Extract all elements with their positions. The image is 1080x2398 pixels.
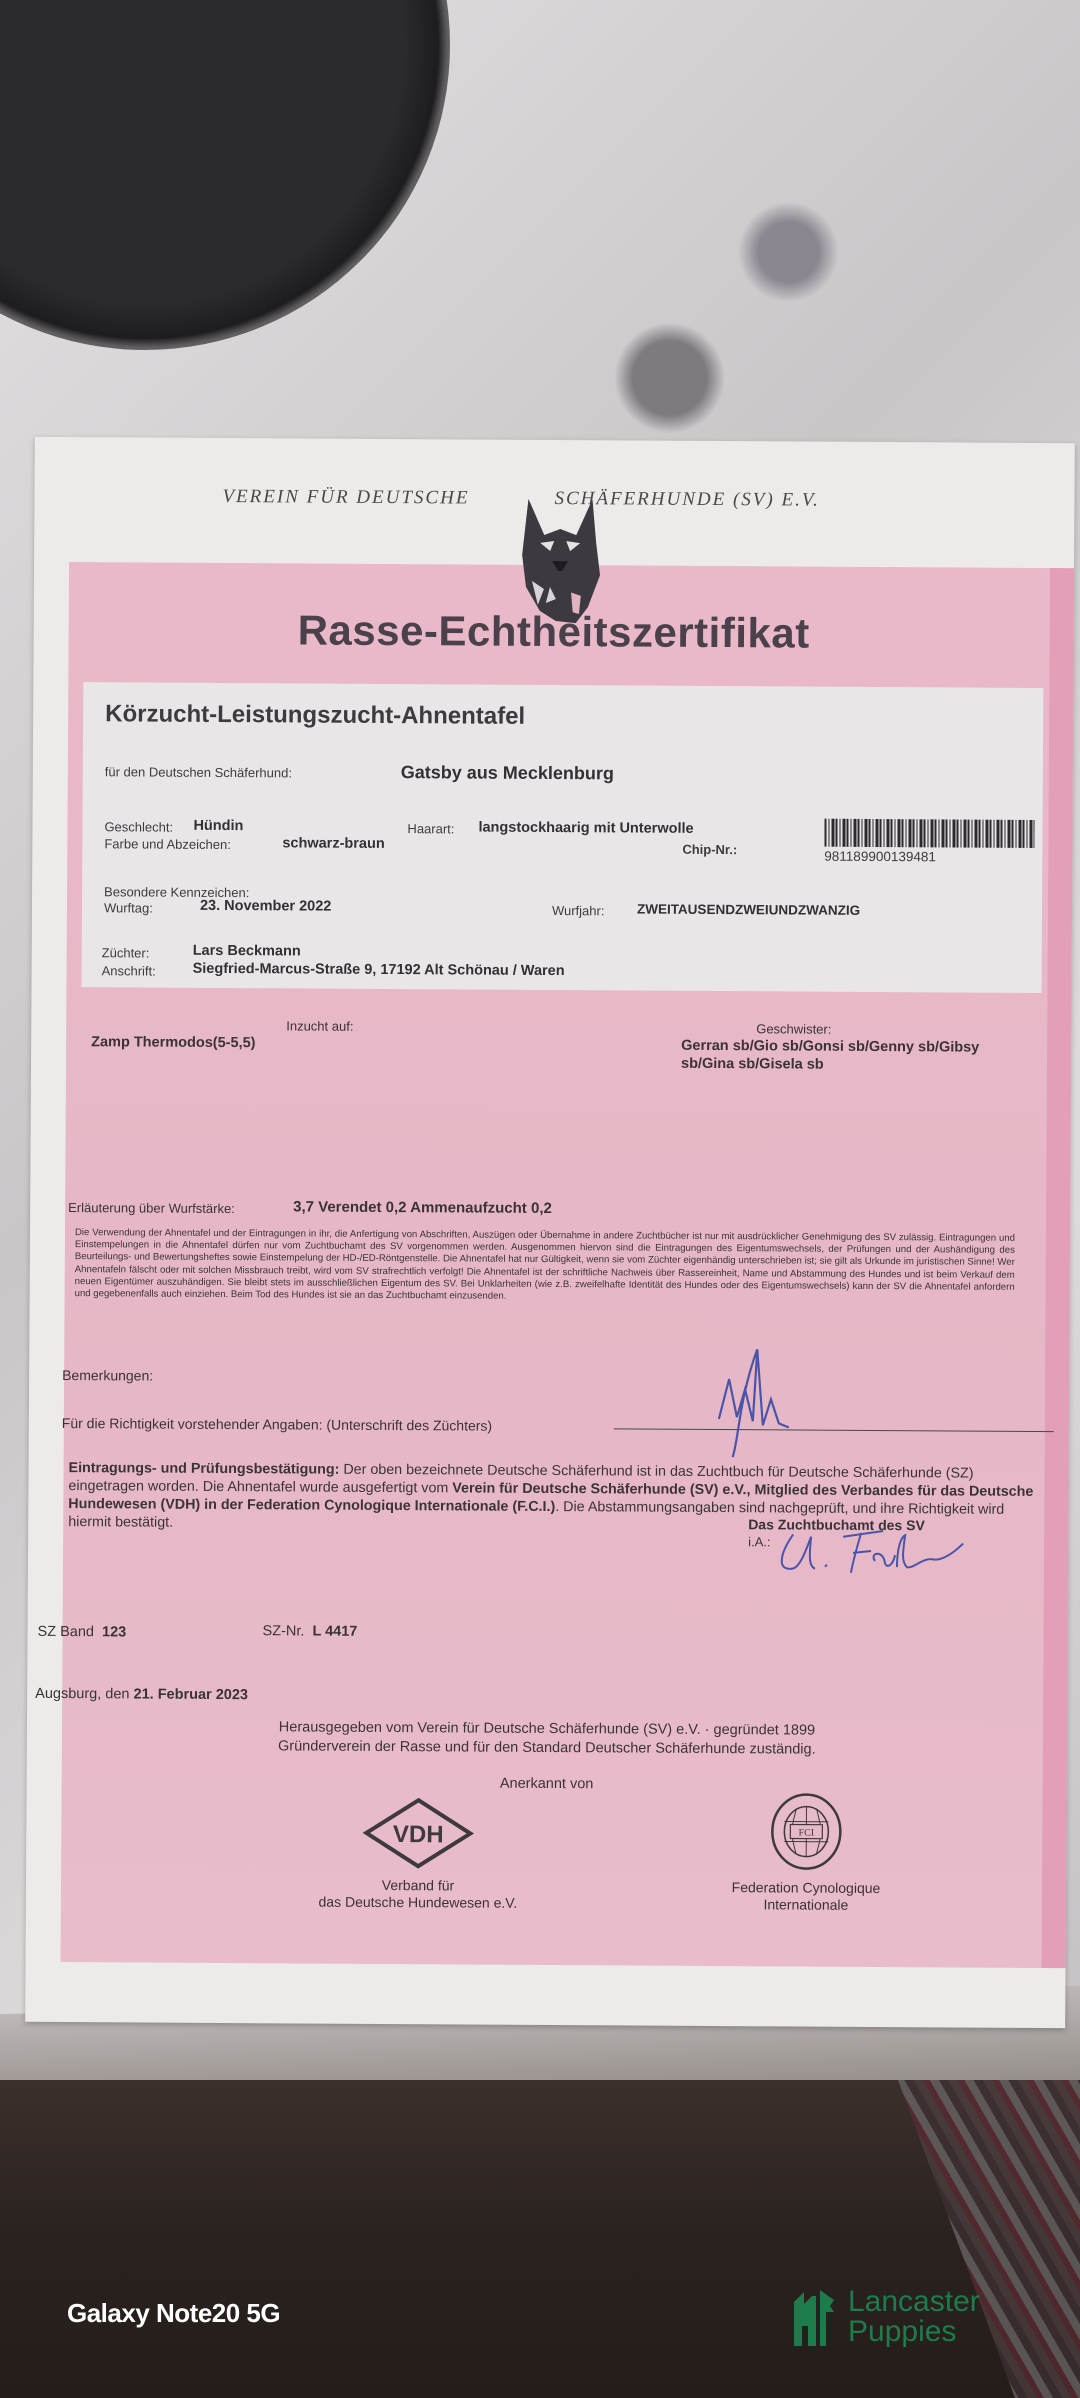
sz-nr-label: SZ-Nr.	[263, 1623, 305, 1639]
sz-nr-value: L 4417	[312, 1624, 357, 1640]
on-behalf-label: i.A.:	[748, 1534, 770, 1549]
org-header: VEREIN FÜR DEUTSCHE SCHÄFERHUNDE (SV) E.…	[35, 485, 1075, 491]
pedigree-subtitle: Körzucht-Leistungszucht-Ahnentafel	[105, 700, 525, 731]
issue-date: 21. Februar 2023	[133, 1686, 248, 1703]
dog-name: Gatsby aus Mecklenburg	[401, 762, 614, 784]
sz-number: SZ-Nr. L 4417	[263, 1623, 358, 1640]
chip-barcode	[824, 819, 1034, 848]
issuer-info: Herausgegeben vom Verein für Deutsche Sc…	[197, 1718, 897, 1760]
breeder-signature-label: Für die Richtigkeit vorstehender Angaben…	[62, 1415, 492, 1434]
sz-band-label: SZ Band	[38, 1624, 95, 1640]
puppy-logo-icon	[790, 2286, 838, 2348]
vdh-caption: Verband für das Deutsche Hundewesen e.V.	[288, 1876, 548, 1912]
litter-size-value: 3,7 Verendet 0,2 Ammenaufzucht 0,2	[293, 1198, 552, 1217]
chip-number: 981189900139481	[824, 849, 936, 865]
breeder-label: Züchter:	[102, 945, 150, 960]
certificate-title: Rasse-Echtheitszertifikat	[34, 605, 1074, 659]
german-shepherd-head-icon	[510, 495, 611, 626]
svg-text:FCI: FCI	[799, 1828, 815, 1839]
birth-date-label: Wurftag:	[104, 900, 153, 915]
breed-label: für den Deutschen Schäferhund:	[105, 764, 292, 780]
office-signature	[773, 1516, 973, 1577]
camera-device-label: Galaxy Note20 5G	[67, 2298, 280, 2329]
dog-info-box: Körzucht-Leistungszucht-Ahnentafel für d…	[81, 682, 1043, 993]
confirmation-heading: Eintragungs- und Prüfungsbestätigung:	[69, 1460, 340, 1478]
litter-size-label: Erläuterung über Wurfstärke:	[68, 1200, 235, 1216]
fci-line-1: Federation Cynologique	[686, 1879, 926, 1897]
inbreeding-label: Inzucht auf:	[286, 1018, 353, 1033]
sz-band-value: 123	[102, 1624, 126, 1640]
pedigree-certificate: VEREIN FÜR DEUTSCHE SCHÄFERHUNDE (SV) E.…	[25, 437, 1075, 2028]
birth-date: 23. November 2022	[200, 898, 331, 915]
place-date-prefix: Augsburg, den	[35, 1686, 129, 1703]
breeder-address: Siegfried-Marcus-Straße 9, 17192 Alt Sch…	[193, 961, 565, 979]
fci-line-2: Internationale	[686, 1896, 926, 1914]
vdh-logo-icon: VDH	[362, 1797, 474, 1870]
inbreeding-value: Zamp Thermodos(5-5,5)	[91, 1034, 255, 1051]
siblings-label: Geschwister:	[756, 1021, 831, 1036]
terms-small-print: Die Verwendung der Ahnentafel und der Ei…	[75, 1227, 1015, 1306]
svg-text:VDH: VDH	[393, 1821, 444, 1848]
watermark-line-1: Lancaster	[848, 2287, 980, 2317]
coat-label: Haarart:	[407, 821, 454, 836]
lancaster-puppies-watermark: Lancaster Puppies	[790, 2282, 1030, 2352]
recognized-by-label: Anerkannt von	[447, 1775, 647, 1792]
vdh-line-1: Verband für	[288, 1876, 548, 1895]
color-label: Farbe und Abzeichen:	[104, 836, 231, 852]
vdh-line-2: das Deutsche Hundewesen e.V.	[288, 1893, 548, 1912]
color-value: schwarz-braun	[282, 835, 384, 852]
breeder-name: Lars Beckmann	[193, 943, 301, 960]
fci-logo-icon: FCI	[766, 1791, 846, 1871]
siblings-value: Gerran sb/Gio sb/Gonsi sb/Genny sb/Gibsy…	[681, 1037, 1031, 1075]
org-header-left: VEREIN FÜR DEUTSCHE	[222, 486, 469, 510]
birth-year: ZWEITAUSENDZWEIUNDZWANZIG	[637, 902, 860, 918]
sex-value: Hündin	[193, 818, 243, 834]
sex-label: Geschlecht:	[104, 819, 173, 834]
chip-label: Chip-Nr.:	[682, 842, 737, 857]
address-label: Anschrift:	[102, 963, 156, 978]
sz-band: SZ Band 123	[38, 1624, 127, 1641]
breeder-signature	[709, 1339, 810, 1460]
watermark-line-2: Puppies	[848, 2317, 980, 2347]
place-date: Augsburg, den 21. Februar 2023	[35, 1686, 248, 1703]
fci-caption: Federation Cynologique Internationale	[686, 1879, 926, 1914]
coat-value: langstockhaarig mit Unterwolle	[478, 820, 693, 837]
birth-year-label: Wurfjahr:	[552, 903, 605, 918]
remarks-label: Bemerkungen:	[62, 1367, 153, 1384]
